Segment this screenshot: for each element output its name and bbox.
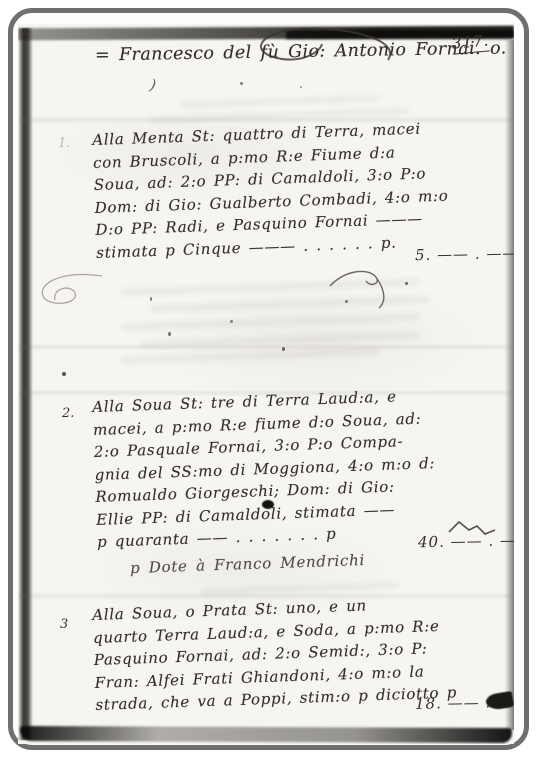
entry-3: Alla Soua, o Prata St: uno, e un quarto …: [92, 593, 456, 718]
page-edge-shadow-left: [18, 28, 33, 740]
page-number: 317.: [451, 31, 490, 54]
page-edge-shadow-bottom: [20, 726, 512, 743]
ink-speck: [150, 297, 152, 301]
entry-amount: 18. —— ..: [415, 693, 497, 713]
ink-speck: [300, 86, 302, 88]
ink-speck: [62, 372, 66, 376]
entry-number: 1.: [58, 136, 70, 151]
page-title: = Francesco del fù Gio: Antonio Fornai. …: [95, 38, 507, 65]
fold-line: [18, 345, 514, 349]
entry-number: 2.: [62, 406, 74, 421]
stray-hair-squiggle: [30, 268, 115, 326]
ink-speck: [405, 282, 408, 285]
entry-number: 3: [60, 617, 68, 632]
entry-amount: 5. —— . ——: [415, 244, 514, 264]
ink-speck: [240, 82, 243, 85]
scanned-manuscript-screenshot: = Francesco del fù Gio: Antonio Fornai. …: [0, 0, 539, 760]
manuscript-page: = Francesco del fù Gio: Antonio Fornai. …: [18, 24, 514, 744]
ink-blot: [262, 500, 274, 509]
bleedthrough-smudge: [120, 347, 380, 364]
ink-speck: [345, 300, 348, 303]
ink-speck: [282, 347, 285, 351]
entry-note: p Dote à Franco Mendrichi: [130, 551, 366, 577]
ink-speck: [230, 320, 233, 323]
stray-ink-mark: ): [148, 76, 157, 95]
page-edge-shadow-right: [505, 40, 514, 730]
entry-1: Alla Menta St: quattro di Terra, macei c…: [92, 118, 456, 265]
entry-2: Alla Soua St: tre di Terra Laud:a, e mac…: [92, 385, 457, 555]
entry-amount: 40. —— . ——: [418, 531, 514, 551]
stray-ink-squiggle: [325, 266, 400, 316]
ink-speck: [168, 332, 171, 336]
bleedthrough-smudge: [180, 95, 380, 109]
